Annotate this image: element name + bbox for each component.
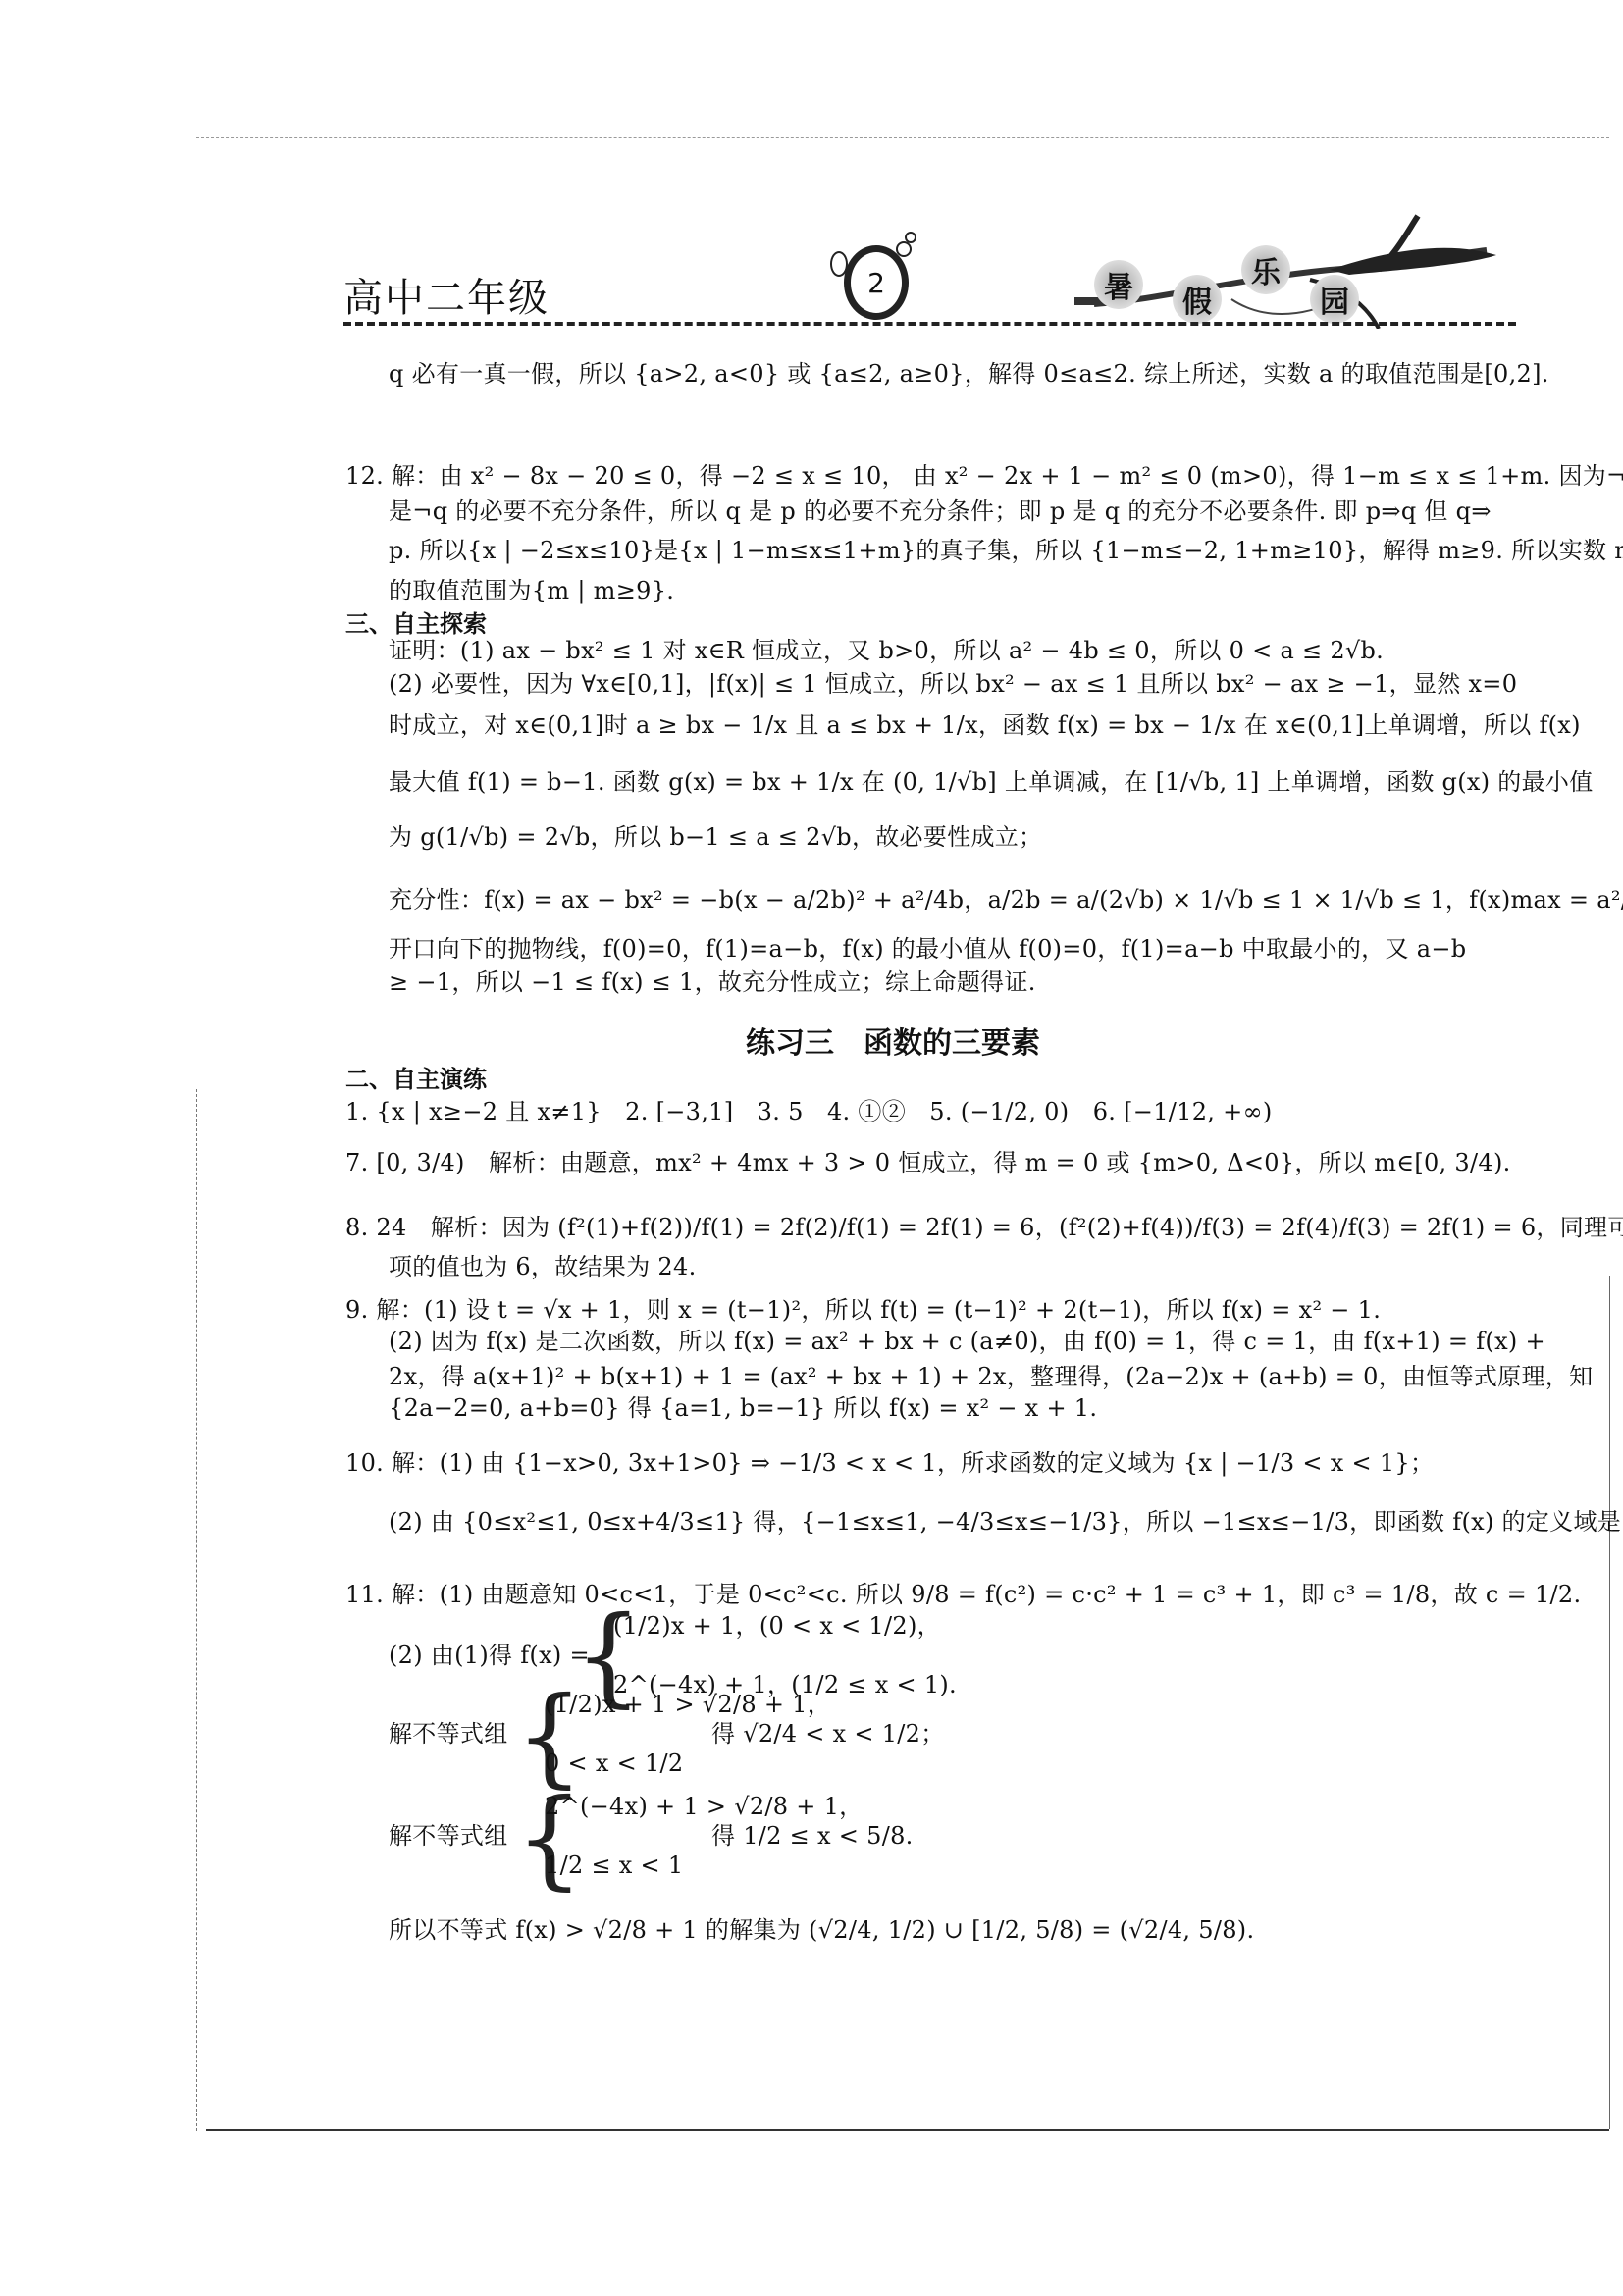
q9-line-4: {2a−2=0, a+b=0} 得 {a=1, b=−1} 所以 f(x) = …: [389, 1393, 1097, 1423]
q12-line-1: 12. 解：由 x² − 8x − 20 ≤ 0，得 −2 ≤ x ≤ 10， …: [345, 461, 1623, 491]
q10-line-2: (2) 由 {0≤x²≤1, 0≤x+4/3≤1} 得，{−1≤x≤1, −4/…: [389, 1507, 1623, 1537]
q11-conclusion: 所以不等式 f(x) > √2/8 + 1 的解集为 (√2/4, 1/2) ∪…: [389, 1915, 1254, 1945]
q11-piecewise-label: (2) 由(1)得 f(x) =: [389, 1641, 590, 1670]
page-number-badge: 2: [844, 245, 909, 320]
bubble-decoration-icon: [905, 232, 916, 243]
q9-line-1: 9. 解：(1) 设 t = √x + 1，则 x = (t−1)²，所以 f(…: [345, 1295, 1381, 1325]
q8-line-1: 8. 24 解析：因为 (f²(1)+f(2))/f(1) = 2f(2)/f(…: [345, 1213, 1623, 1242]
inequality-2-label: 解不等式组: [389, 1821, 508, 1851]
q7-line: 7. [0, 3/4) 解析：由题意，mx² + 4mx + 3 > 0 恒成立…: [345, 1148, 1511, 1177]
proof-line: 证明：(1) ax − bx² ≤ 1 对 x∈R 恒成立，又 b>0，所以 a…: [389, 636, 1384, 665]
summer-paradise-logo: 暑 假 乐 园: [1074, 211, 1506, 329]
header-divider: [343, 322, 1516, 326]
proof-line: 开口向下的抛物线，f(0)=0，f(1)=a−b，f(x) 的最小值从 f(0)…: [389, 934, 1466, 964]
q11-line-1: 11. 解：(1) 由题意知 0<c<1，于是 0<c²<c. 所以 9/8 =…: [345, 1580, 1581, 1609]
inequality-1-case-2: 0 < x < 1/2: [545, 1748, 683, 1778]
q12-line-3: p. 所以{x | −2≤x≤10}是{x | 1−m≤x≤1+m}的真子集，所…: [389, 536, 1623, 565]
inequality-1-result: 得 √2/4 < x < 1/2；: [711, 1719, 945, 1748]
logo-char-shu: 暑: [1094, 260, 1143, 309]
proof-line: 为 g(1/√b) = 2√b，所以 b−1 ≤ a ≤ 2√b，故必要性成立；: [389, 822, 1042, 852]
proof-line: (2) 必要性，因为 ∀x∈[0,1]，|f(x)| ≤ 1 恒成立，所以 bx…: [389, 669, 1517, 699]
page-right-edge: [1609, 1276, 1610, 2129]
grade-label: 高中二年级: [343, 267, 550, 323]
inequality-2-case-1: 2^(−4x) + 1 > √2/8 + 1，: [545, 1792, 863, 1821]
proof-line: ≥ −1，所以 −1 ≤ f(x) ≤ 1，故充分性成立；综上命题得证.: [389, 967, 1036, 997]
q8-line-2: 项的值也为 6，故结果为 24.: [389, 1252, 697, 1281]
short-answers-line: 1. {x | x≥−2 且 x≠1} 2. [−3,1] 3. 5 4. ①②…: [345, 1097, 1273, 1126]
inequality-2-result: 得 1/2 ≤ x < 5/8.: [711, 1821, 914, 1851]
inequality-1-case-1: (1/2)x + 1 > √2/8 + 1，: [545, 1690, 831, 1719]
q11-case-1: (1/2)x + 1，(0 < x < 1/2)，: [613, 1611, 941, 1641]
proof-line: 充分性：f(x) = ax − bx² = −b(x − a/2b)² + a²…: [389, 885, 1623, 914]
inequality-2-case-2: 1/2 ≤ x < 1: [545, 1851, 683, 1880]
logo-char-jia: 假: [1173, 275, 1222, 324]
q9-line-2: (2) 因为 f(x) 是二次函数，所以 f(x) = ax² + bx + c…: [389, 1327, 1545, 1356]
page-number: 2: [867, 267, 885, 299]
swirl-ribbon-icon: [1074, 211, 1506, 329]
page-top-edge: [196, 137, 1609, 138]
page-bottom-edge: [206, 2129, 1609, 2131]
exercise-title: 练习三 函数的三要素: [746, 1018, 1040, 1062]
proof-line: 时成立，对 x∈(0,1]时 a ≥ bx − 1/x 且 a ≤ bx + 1…: [389, 710, 1581, 740]
section-heading-explore: 三、自主探索: [345, 604, 487, 639]
q12-line-2: 是¬q 的必要不充分条件，所以 q 是 p 的必要不充分条件；即 p 是 q 的…: [389, 496, 1492, 526]
q9-line-3: 2x，得 a(x+1)² + b(x+1) + 1 = (ax² + bx + …: [389, 1362, 1593, 1391]
previous-answer-continuation: q 必有一真一假，所以 {a>2, a<0} 或 {a≤2, a≥0}，解得 0…: [389, 359, 1549, 389]
q10-line-1: 10. 解：(1) 由 {1−x>0, 3x+1>0} ⇒ −1/3 < x <…: [345, 1448, 1434, 1478]
proof-line: 最大值 f(1) = b−1. 函数 g(x) = bx + 1/x 在 (0,…: [389, 767, 1594, 797]
page-left-edge: [196, 1089, 197, 2131]
q12-line-4: 的取值范围为{m | m≥9}.: [389, 576, 674, 605]
logo-char-yuan: 园: [1310, 275, 1359, 324]
section-heading-practice: 二、自主演练: [345, 1060, 487, 1094]
inequality-1-label: 解不等式组: [389, 1719, 508, 1748]
logo-char-le: 乐: [1241, 245, 1290, 294]
